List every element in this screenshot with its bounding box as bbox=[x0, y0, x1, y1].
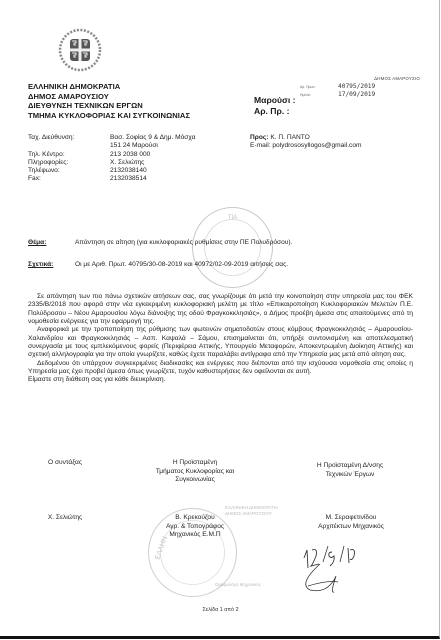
signature-role-director: Η Προϊσταμένη Δ/νσης Τεχνικών Έργων bbox=[295, 462, 405, 479]
related-label: Σχετικά: bbox=[28, 261, 75, 268]
contact-info: Ταχ. Διεύθυνση:Βασ. Σοφίας 9 & Δημ. Μόσχ… bbox=[28, 134, 250, 184]
contact-row: Τηλέφωνο:2132038140 bbox=[28, 167, 250, 175]
contact-label: Πληροφορίες: bbox=[28, 159, 110, 167]
body-paragraph: Δεδομένου ότι υπάρχουν συγκεκριμένες δια… bbox=[28, 360, 413, 377]
handwritten-signature bbox=[290, 540, 370, 595]
organization-header: ΕΛΛΗΝΙΚΗ ΔΗΜΟΚΡΑΤΙΑ ΔΗΜΟΣ ΑΜΑΡΟΥΣΙΟΥ ΔΙΕ… bbox=[28, 82, 190, 120]
contact-row: 151 24 Μαρούσι bbox=[28, 142, 250, 150]
contact-value: 2132038140 bbox=[110, 167, 250, 175]
contact-value: 151 24 Μαρούσι bbox=[110, 142, 250, 150]
contact-row: Πληροφορίες:Χ. Σελιώτης bbox=[28, 159, 250, 167]
name-line: Αγρ. & Τοπογράφος bbox=[145, 523, 245, 532]
signature-name-director: Μ. Σεραφετινίδου Αρχιτέκτων Μηχανικός bbox=[296, 514, 406, 531]
subject-text: Απάντηση σε αίτηση (για κυκλοφοριακές ρυ… bbox=[75, 239, 292, 246]
related-text: Οι με Αριθ. Πρωτ. 40795/30-08-2019 και 4… bbox=[75, 261, 288, 268]
role-line: Τμήματος Κυκλοφορίας και bbox=[135, 468, 255, 477]
contact-label: Ταχ. Διεύθυνση: bbox=[28, 134, 110, 142]
subject-line: Θέμα: Απάντηση σε αίτηση (για κυκλοφορια… bbox=[28, 239, 292, 246]
role-line: Τεχνικών Έργων bbox=[295, 471, 405, 480]
recipient-name: Κ. Π. ΠΑΝΤΟ bbox=[270, 134, 309, 141]
contact-row: Fax:2132038514 bbox=[28, 175, 250, 183]
contact-row: Τηλ. Κέντρο:213 2038 000 bbox=[28, 151, 250, 159]
place-label: Μαρούσι : bbox=[254, 95, 296, 106]
registry-stamp: ΔΗΜΟΣ ΑΜΑΡΟΥΣΙΟ Αρ. Πρωτ.: 40795/2019 Ημ… bbox=[300, 76, 420, 98]
role-line: Η Προϊσταμένη Δ/νσης bbox=[295, 462, 405, 471]
signature-name-author: Χ. Σελιώτης bbox=[30, 514, 100, 523]
protocol-label: Αρ. Πρ. : bbox=[254, 106, 296, 117]
svg-text:ΤΙΑ: ΤΙΑ bbox=[228, 215, 237, 221]
contact-value: 213 2038 000 bbox=[110, 151, 250, 159]
org-line-municipality: ΔΗΜΟΣ ΑΜΑΡΟΥΣΙΟΥ bbox=[28, 92, 190, 102]
org-line-directorate: ΔΙΕΥΘΥΝΣΗ ΤΕΧΝΙΚΩΝ ΕΡΓΩΝ bbox=[28, 101, 190, 111]
related-line: Σχετικά: Οι με Αριθ. Πρωτ. 40795/30-08-2… bbox=[28, 261, 288, 268]
recipient-label: Προς: bbox=[250, 134, 269, 141]
name-line: Β. Κρεκούζου bbox=[145, 514, 245, 523]
role-line: Ο συντάξας bbox=[30, 459, 100, 468]
contact-label: Τηλ. Κέντρο: bbox=[28, 151, 110, 159]
signature-role-author: Ο συντάξας bbox=[30, 459, 100, 468]
contact-label: Fax: bbox=[28, 175, 110, 183]
greek-coat-of-arms-emblem bbox=[58, 28, 102, 72]
faint-stamp-footer: Οραφολόγο Μηχανικός bbox=[215, 582, 261, 587]
org-line-country: ΕΛΛΗΝΙΚΗ ΔΗΜΟΚΡΑΤΙΑ bbox=[28, 82, 190, 92]
registry-date-row: Ημ/νία: 17/09/2019 bbox=[300, 91, 420, 98]
official-round-stamp: ΤΙΑ bbox=[190, 205, 275, 290]
name-line: Χ. Σελιώτης bbox=[30, 514, 100, 523]
contact-label bbox=[28, 142, 110, 150]
subject-label: Θέμα: bbox=[28, 239, 75, 246]
registry-date-value: 17/09/2019 bbox=[338, 91, 375, 98]
registry-protocol-value: 40795/2019 bbox=[338, 83, 375, 90]
registry-protocol-row: Αρ. Πρωτ.: 40795/2019 bbox=[300, 83, 420, 90]
place-protocol-block: Μαρούσι : Αρ. Πρ. : bbox=[254, 95, 296, 116]
role-line: Συγκοινωνίας bbox=[135, 476, 255, 485]
name-line: Μηχανικός Ε.Μ.Π bbox=[145, 531, 245, 540]
recipient-line: Προς: Κ. Π. ΠΑΝΤΟ bbox=[250, 134, 362, 142]
signature-name-department-head: Β. Κρεκούζου Αγρ. & Τοπογράφος Μηχανικός… bbox=[145, 514, 245, 540]
signature-role-department-head: Η Προϊσταμένη Τμήματος Κυκλοφορίας και Σ… bbox=[135, 459, 255, 485]
body-paragraph: Σε απάντηση των πιο πάνω σχετικών αιτήσε… bbox=[28, 293, 413, 326]
contact-value: Χ. Σελιώτης bbox=[110, 159, 250, 167]
org-line-department: ΤΜΗΜΑ ΚΥΚΛΟΦΟΡΙΑΣ ΚΑΙ ΣΥΓΚΟΙΝΩΝΙΑΣ bbox=[28, 111, 190, 121]
letter-body: Σε απάντηση των πιο πάνω σχετικών αιτήσε… bbox=[28, 293, 413, 385]
name-line: Μ. Σεραφετινίδου bbox=[296, 514, 406, 523]
name-line: Αρχιτέκτων Μηχανικός bbox=[296, 523, 406, 532]
registry-date-label: Ημ/νία: bbox=[300, 93, 338, 97]
page-number: Σελίδα 1 από 2 bbox=[0, 607, 441, 613]
registry-stamp-title: ΔΗΜΟΣ ΑΜΑΡΟΥΣΙΟ bbox=[300, 76, 420, 81]
registry-protocol-label: Αρ. Πρωτ.: bbox=[300, 85, 338, 89]
closing-line: Είμαστε στη διάθεση σας για κάθε διευκρί… bbox=[28, 376, 413, 384]
document-page: ΕΛΛΗΝΙΚΗ ΔΗΜΟΚΡΑΤΙΑ ΔΗΜΟΣ ΑΜΑΡΟΥΣΙΟΥ ΔΙΕ… bbox=[0, 0, 440, 639]
recipient-email: E-mail: polydrososyllogos@gmail.com bbox=[250, 142, 362, 150]
role-line: Η Προϊσταμένη bbox=[135, 459, 255, 468]
contact-value: 2132038514 bbox=[110, 175, 250, 183]
contact-label: Τηλέφωνο: bbox=[28, 167, 110, 175]
recipient-block: Προς: Κ. Π. ΠΑΝΤΟ E-mail: polydrososyllo… bbox=[250, 134, 362, 151]
body-paragraph: Αναφορικά με την τροποποίηση της ρύθμιση… bbox=[28, 326, 413, 359]
